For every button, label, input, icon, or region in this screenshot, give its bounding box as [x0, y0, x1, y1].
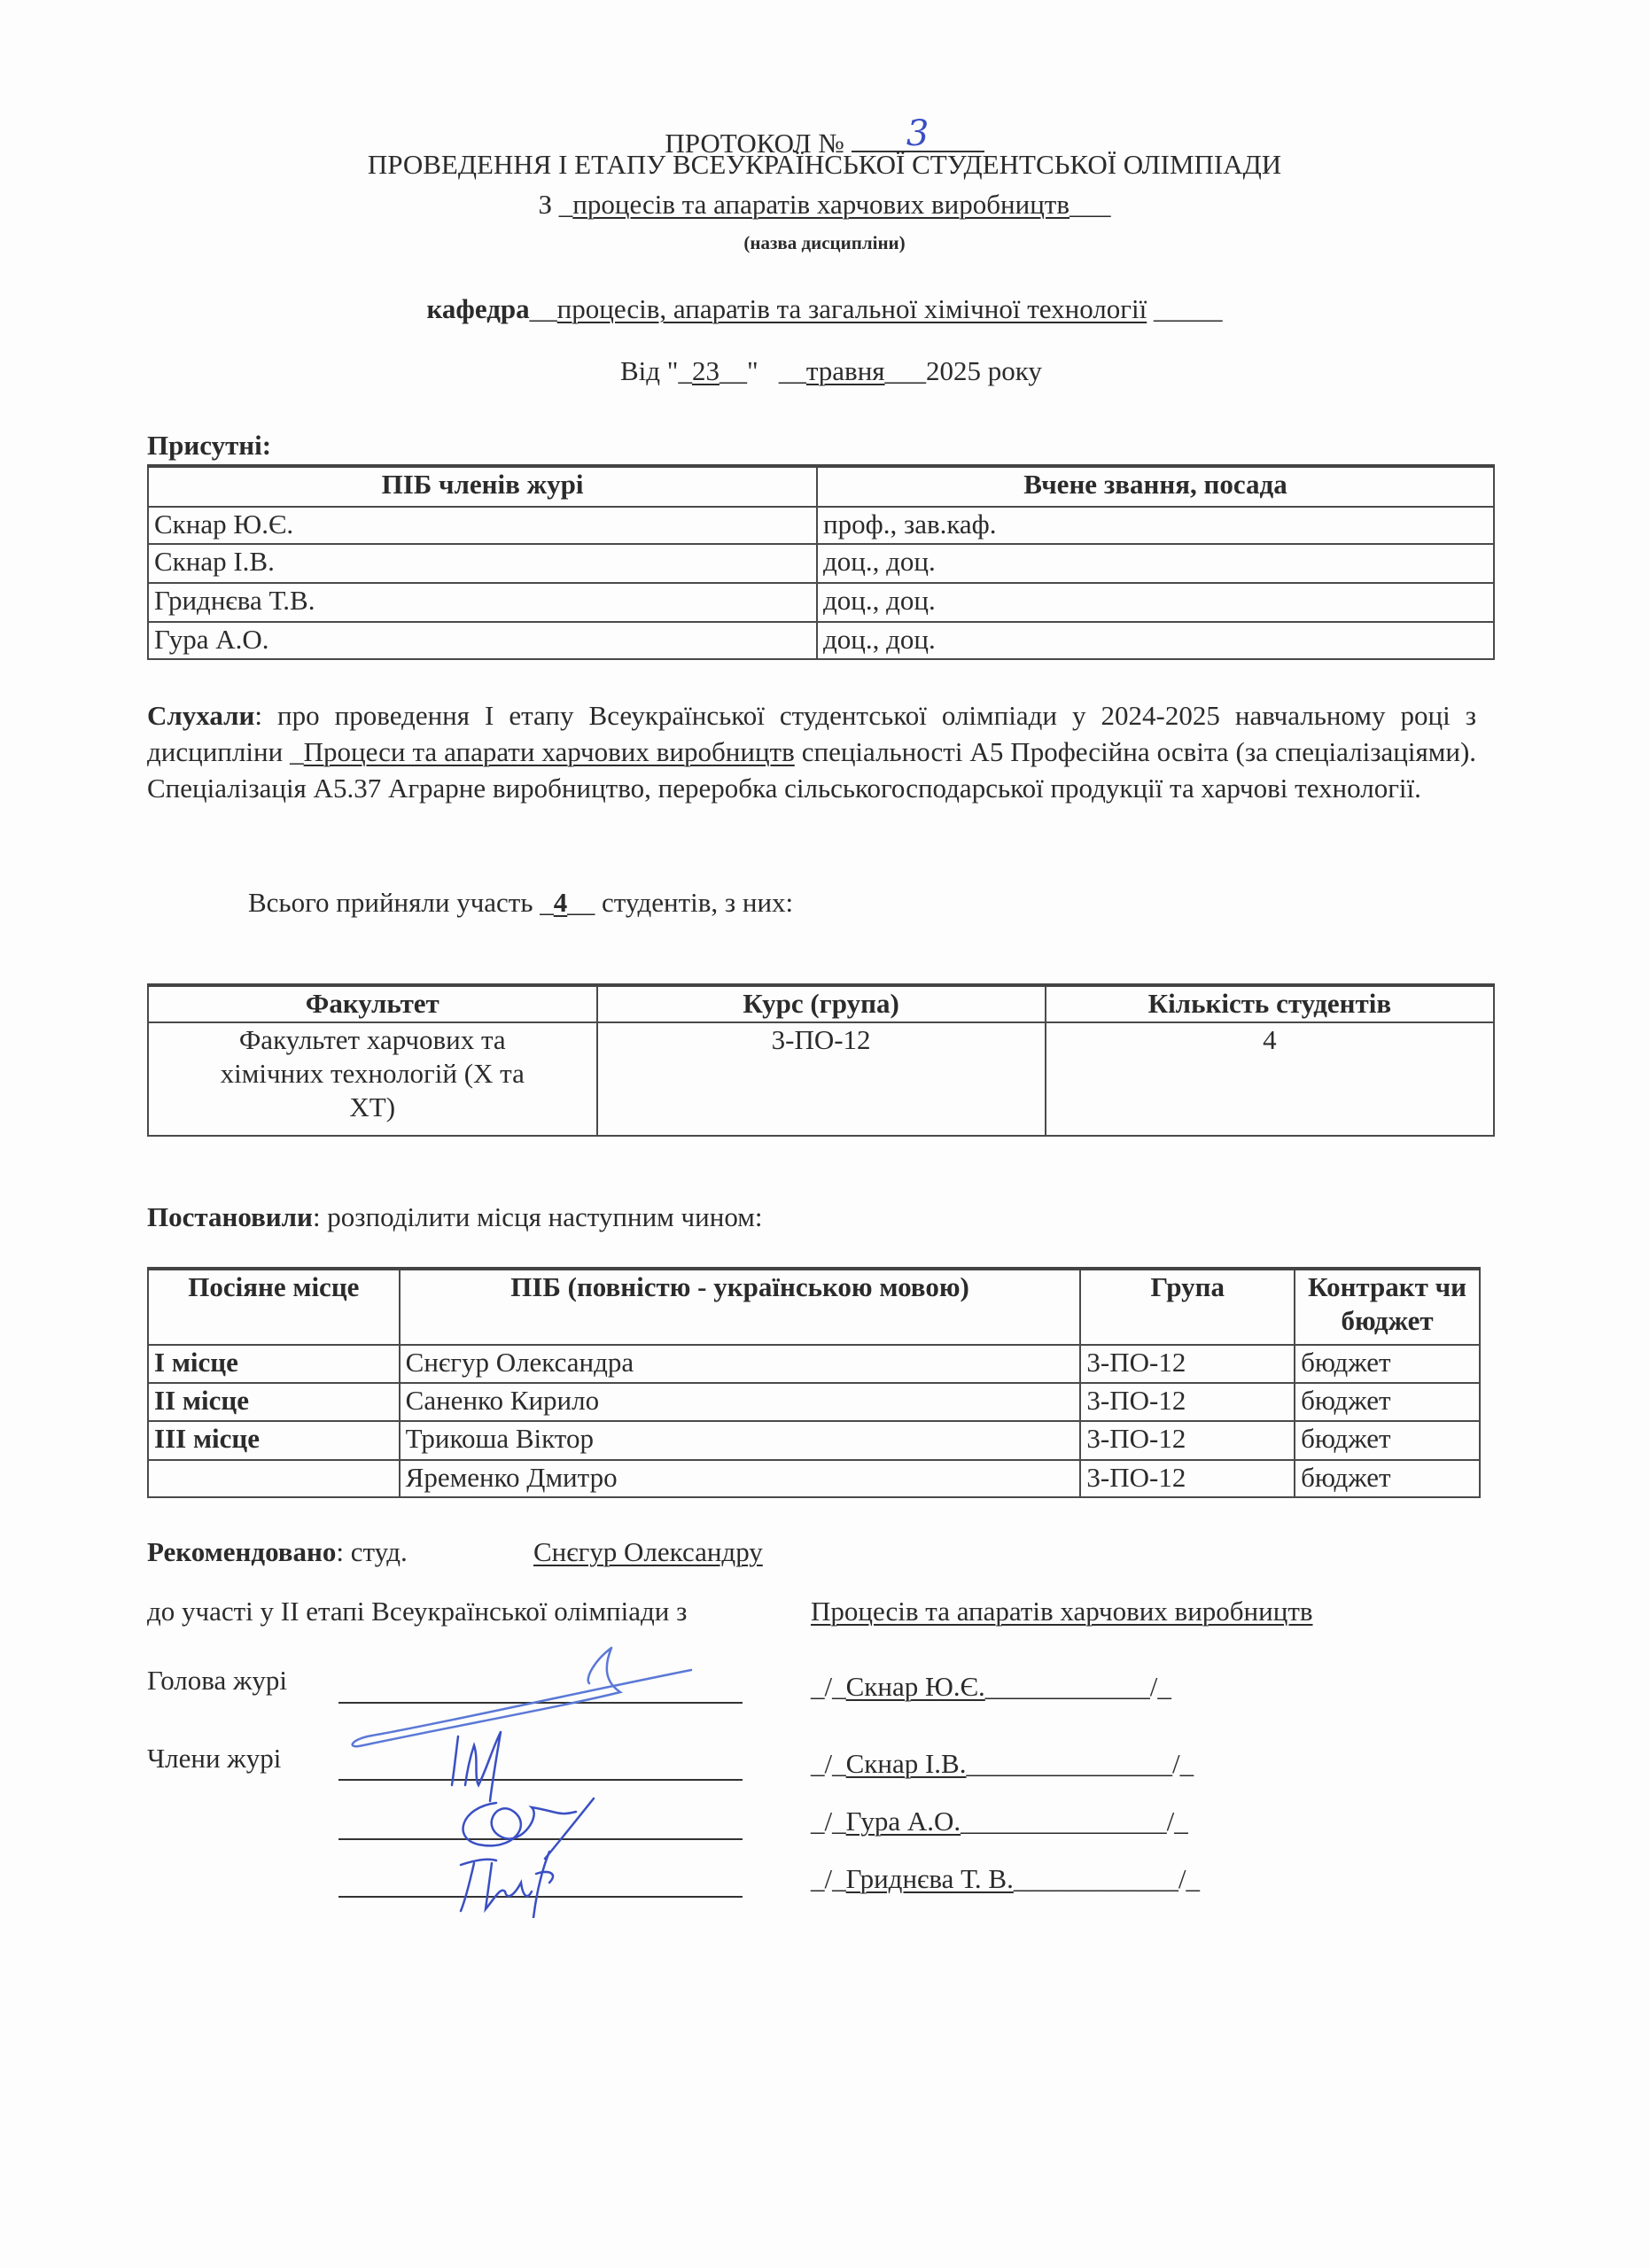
places-col-name: ПІБ (повністю - українською мовою) [400, 1269, 1081, 1345]
table-row: Факультет харчових та хімічних технологі… [148, 1022, 1494, 1136]
stage-text: до участі у ІІ етапі Всеукраїнської олім… [147, 1595, 687, 1628]
decided-line: Постановили: розподілити місця наступним… [147, 1200, 762, 1234]
places-col-group: Група [1080, 1269, 1295, 1345]
jury-col-title: Вчене звання, посада [817, 466, 1494, 507]
table-row: Гриднєва Т.В.доц., доц. [148, 583, 1494, 622]
participants-count: 4 [554, 887, 568, 918]
heard-discipline: Процеси та апарати харчових виробництв [304, 736, 795, 767]
places-col-place: Посіяне місце [148, 1269, 400, 1345]
faculty-col-group: Курс (група) [597, 985, 1046, 1022]
table-row: ІІ місцеСаненко Кирило3-ПО-12бюджет [148, 1383, 1480, 1421]
chair-name: Скнар Ю.Є. [846, 1671, 985, 1702]
date-month: травня [806, 355, 885, 386]
recommended-line: Рекомендовано: студ. [147, 1535, 408, 1569]
faculty-table: Факультет Курс (група) Кількість студент… [147, 983, 1495, 1137]
date-year: 2025 року [926, 355, 1042, 386]
jury-table: ПІБ членів журі Вчене звання, посада Скн… [147, 464, 1495, 660]
member-2-name: Гура А.О. [846, 1806, 961, 1837]
discipline-line: З _процесів та апаратів харчових виробни… [0, 188, 1649, 221]
places-col-funding: Контракт чи бюджет [1295, 1269, 1480, 1345]
table-row: Скнар Ю.Є.проф., зав.каф. [148, 507, 1494, 544]
table-row: Скнар І.В.доц., доц. [148, 544, 1494, 583]
places-table: Посіяне місце ПІБ (повністю - українсько… [147, 1267, 1481, 1498]
chair-name-line: _/_Скнар Ю.Є.____________/_ [811, 1670, 1171, 1704]
department-line: кафедра__процесів, апаратів та загальної… [0, 292, 1649, 326]
table-row: Гура А.О.доц., доц. [148, 622, 1494, 659]
heard-paragraph: Слухали: про проведення І етапу Всеукраї… [147, 697, 1476, 806]
signature-member-3-icon [452, 1847, 585, 1918]
discipline-caption: (назва дисципліни) [0, 232, 1649, 254]
olympiad-title: ПРОВЕДЕННЯ І ЕТАПУ ВСЕУКРАЇНСЬКОЇ СТУДЕН… [0, 148, 1649, 182]
stage-discipline: Процесів та апаратів харчових виробництв [811, 1595, 1313, 1628]
faculty-col-faculty: Факультет [148, 985, 597, 1022]
heard-label: Слухали [147, 700, 254, 731]
member-3-name: Гриднєва Т. В. [846, 1863, 1014, 1894]
member-1-name-line: _/_Скнар І.В._______________/_ [811, 1747, 1194, 1781]
protocol-date: Від "_23__" __травня___2025 року [620, 354, 1042, 388]
decided-label: Постановили [147, 1201, 313, 1232]
discipline-prefix: З [539, 189, 553, 220]
member-1-name: Скнар І.В. [846, 1748, 967, 1779]
member-2-name-line: _/_Гура А.О._______________/_ [811, 1805, 1188, 1838]
discipline-name: процесів та апаратів харчових виробництв [572, 189, 1070, 220]
recommended-student: Снєгур Олександру [533, 1535, 763, 1569]
present-label: Присутні: [147, 429, 271, 462]
table-row: Яременко Дмитро3-ПО-12бюджет [148, 1460, 1480, 1497]
chair-label: Голова журі [147, 1664, 287, 1697]
member-3-name-line: _/_Гриднєва Т. В.____________/_ [811, 1862, 1200, 1896]
jury-col-name: ПІБ членів журі [148, 466, 817, 507]
recommended-label: Рекомендовано [147, 1536, 336, 1567]
faculty-col-count: Кількість студентів [1046, 985, 1494, 1022]
department-label: кафедра [427, 293, 530, 324]
department-name: процесів, апаратів та загальної хімічної… [557, 293, 1147, 324]
table-row: І місцеСнєгур Олександра3-ПО-12бюджет [148, 1345, 1480, 1383]
table-row: ІІІ місцеТрикоша Віктор3-ПО-12бюджет [148, 1421, 1480, 1460]
participants-line: Всього прийняли участь _4__ студентів, з… [248, 886, 793, 920]
members-label: Члени журі [147, 1742, 281, 1775]
date-day: 23 [692, 355, 719, 386]
